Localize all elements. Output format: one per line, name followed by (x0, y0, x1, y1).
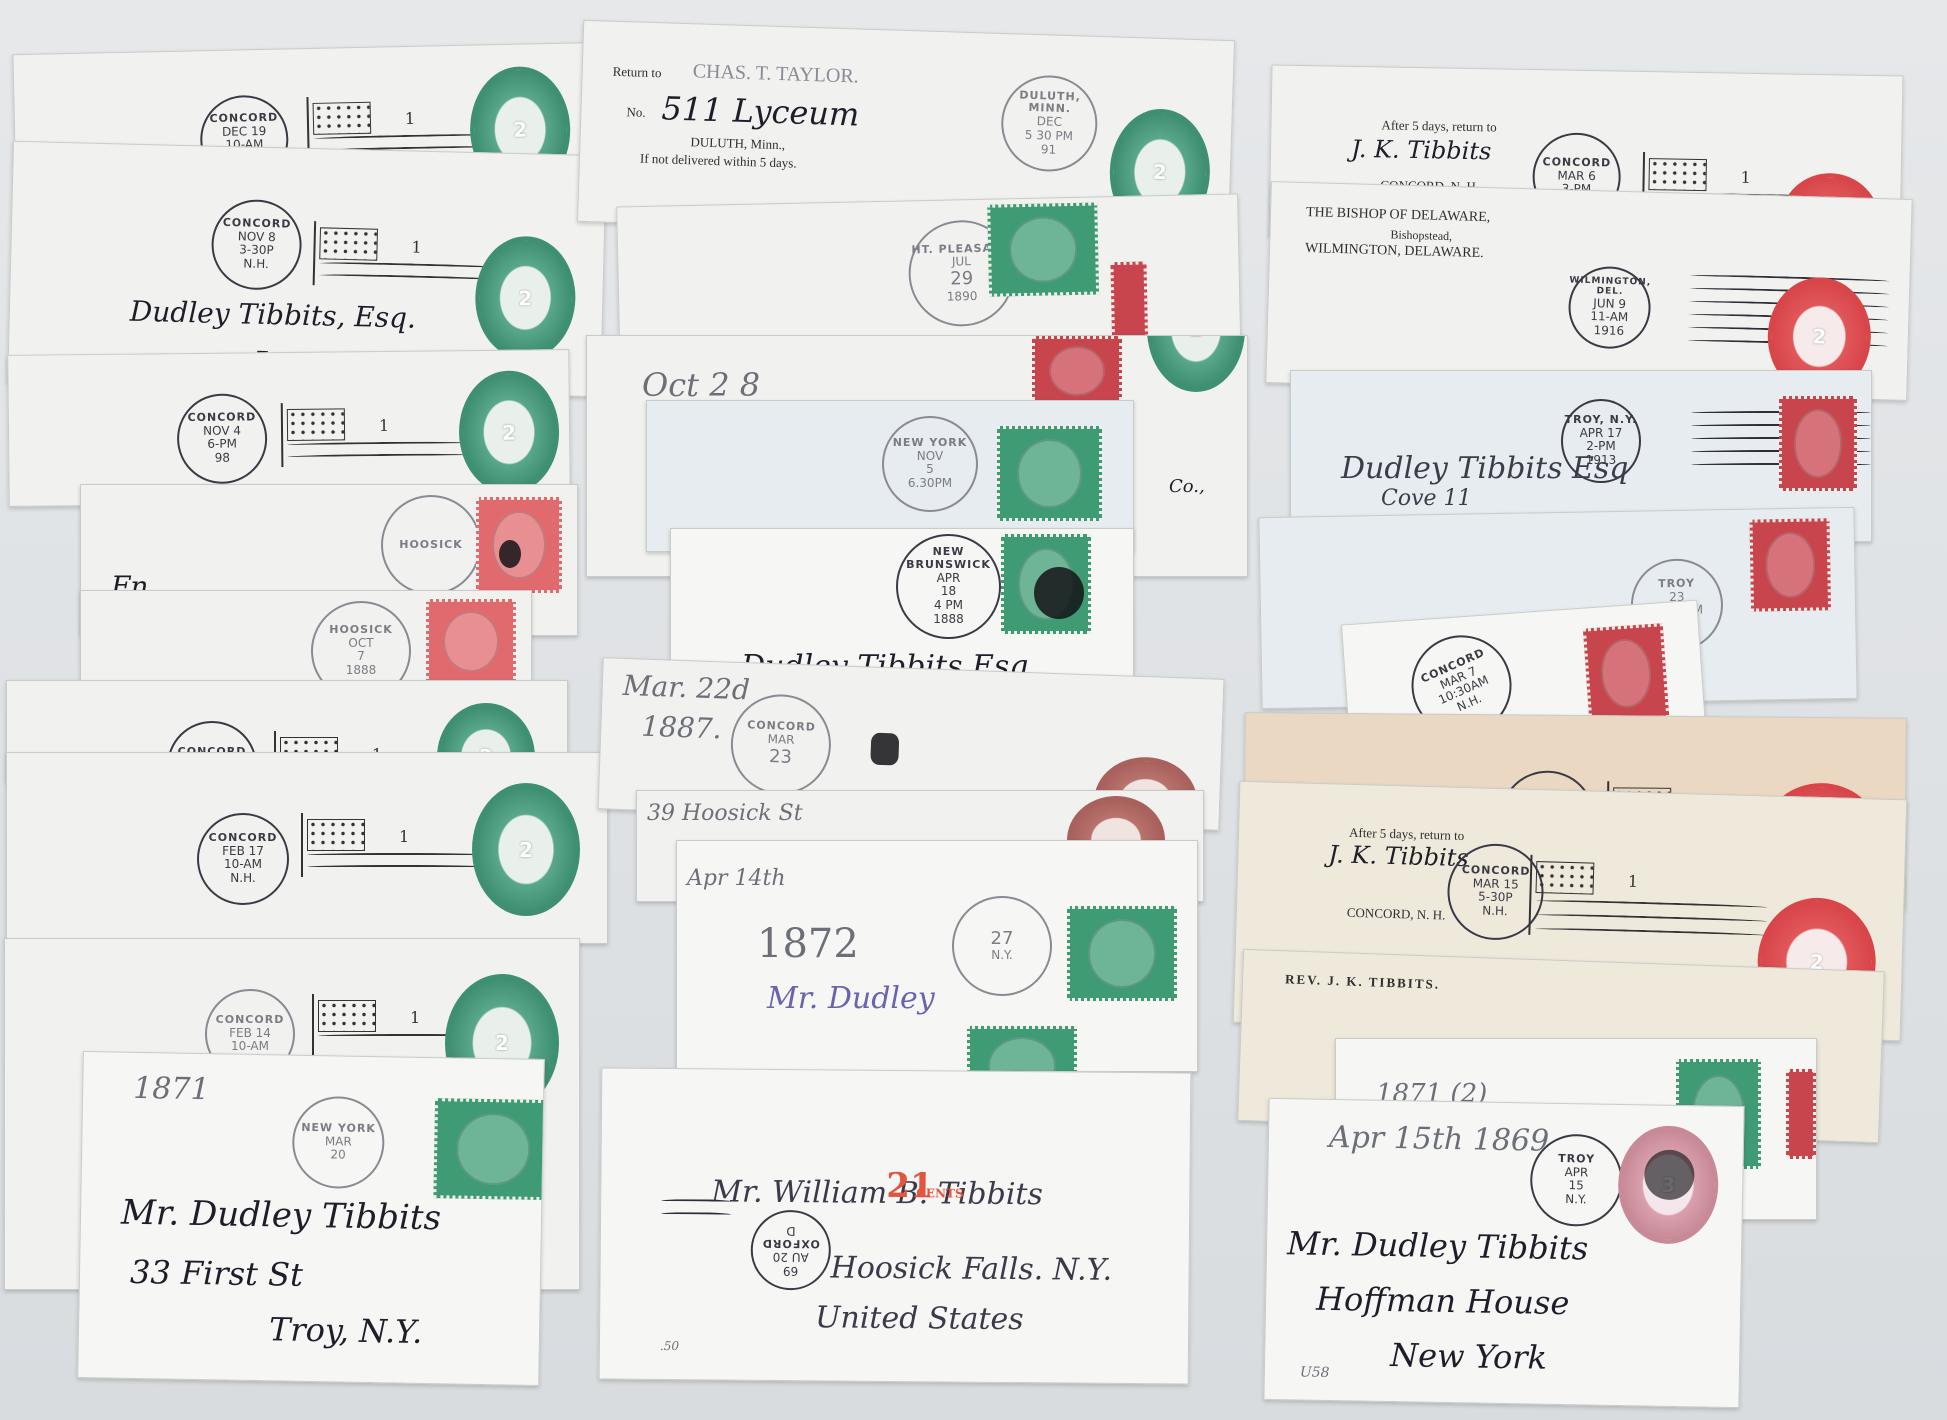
stamp-icon (1001, 534, 1091, 634)
envelope-william-tibbits-oxford: Mr. William B. Tibbits 21 CENTS 69 AU 20… (599, 1067, 1192, 1384)
stamp-icon (433, 1098, 544, 1200)
sender-line-1: THE BISHOP OF DELAWARE, (1306, 205, 1491, 226)
envelope-dudley-troy-1871: 1871 NEW YORK MAR 20 Mr. Dudley Tibbits … (77, 1051, 545, 1386)
handwritten-street: 511 Lyceum (661, 89, 860, 133)
handwritten-address: Dudley Tibbits Esq (1341, 451, 1629, 486)
stamp-icon (476, 497, 562, 593)
handwritten-address: Mr. Dudley (767, 981, 935, 1016)
ink-blot (870, 733, 899, 766)
postmark: WILMINGTON, DEL. JUN 9 11-AM 1916 (1567, 265, 1651, 349)
handwritten-return: J. K. Tibbits (1351, 135, 1492, 165)
stamp-icon (1786, 1069, 1816, 1159)
indicia-stamp-icon: 2 (472, 783, 580, 916)
due-marking-label: CENTS (916, 1186, 963, 1200)
barred-cancel (661, 1199, 732, 1270)
stamp-icon (1032, 336, 1122, 406)
address-line-3: Troy, N.Y. (269, 1310, 423, 1351)
handwritten-date: Mar. 22d (622, 669, 750, 706)
stamp-icon (1749, 518, 1831, 611)
stamp-icon (997, 426, 1102, 521)
handwritten-address: Dudley Tibbits, Esq. (130, 295, 417, 335)
indicia-stamp-icon: 2 (474, 235, 577, 360)
stamp-icon (1779, 396, 1857, 491)
handwritten-date: Apr 15th 1869 (1329, 1120, 1550, 1159)
pencil-note: U58 (1300, 1364, 1330, 1381)
flag-cancel: 1 (279, 401, 470, 467)
postmark: NEW YORK NOV 5 6.30PM (882, 416, 978, 512)
postmark: TROY APR 15 N.Y. (1529, 1133, 1623, 1227)
envelope-bishop-of-delaware: THE BISHOP OF DELAWARE, Bishopstead, WIL… (1265, 181, 1912, 401)
stamp-icon (1583, 623, 1669, 723)
handwritten-note: Oct 2 8 (642, 366, 760, 404)
address-line-3: New York (1390, 1336, 1547, 1377)
indicia-stamp-icon: 2 (1147, 335, 1245, 392)
flag-cancel: 1 (1526, 855, 1768, 942)
indicia-stamp-icon: 2 (458, 370, 559, 494)
instruction-line: If not delivered within 5 days. (640, 151, 797, 172)
postmark: HOOSICK (381, 495, 481, 595)
envelope-1872: Apr 14th 1872 Mr. Dudley 27 N.Y. (676, 840, 1198, 1072)
sender-line-3: WILMINGTON, DELAWARE. (1305, 241, 1484, 262)
flag-cancel: 1 (299, 813, 489, 877)
return-name: CHAS. T. TAYLOR. (692, 60, 859, 88)
postmark: 27 N.Y. (952, 896, 1052, 996)
indicia-stamp-icon: 3 (1617, 1125, 1719, 1245)
postmark: HOOSICK OCT 7 1888 (311, 601, 411, 692)
address-line-3: United States (815, 1300, 1024, 1337)
postmark: NEW BRUNSWICK APR 18 4 PM 1888 (896, 534, 1001, 639)
handwritten-year-note: 1871 (133, 1071, 210, 1107)
stamp-icon (987, 202, 1099, 296)
handwritten-year: 1887. (641, 710, 722, 746)
handwritten-return: J. K. Tibbits (1328, 840, 1469, 872)
address-line-1: Mr. Dudley Tibbits (121, 1193, 442, 1239)
address-line-2: Hoosick Falls. N.Y. (830, 1250, 1112, 1287)
postmark: CONCORD NOV 8 3-30P N.H. (210, 199, 302, 291)
sender-line-2: Bishopstead, (1390, 227, 1452, 244)
postmark: CONCORD FEB 17 10-AM N.H. (197, 813, 289, 905)
return-label: After 5 days, return to (1381, 117, 1496, 135)
address-line-1: Mr. William B. Tibbits (711, 1174, 1043, 1212)
city-line: DULUTH, Minn., (690, 134, 785, 153)
handwritten-note: Co., (1169, 476, 1205, 497)
address-line-2: 33 First St (130, 1253, 303, 1294)
envelope-hoosick-2: HOOSICK OCT 7 1888 (80, 590, 532, 692)
envelope-concord-feb17: CONCORD FEB 17 10-AM N.H. 1 2 (6, 752, 608, 944)
stamp-icon (967, 1026, 1077, 1072)
handwritten-note: 39 Hoosick St (647, 801, 803, 826)
return-city: CONCORD, N. H. (1347, 905, 1446, 924)
stamp-icon (426, 599, 516, 684)
envelope-hoffman-house-1869: Apr 15th 1869 TROY APR 15 N.Y. 3 Mr. Dud… (1263, 1098, 1744, 1408)
postmark: CONCORD MAR 23 (729, 693, 832, 796)
handwritten-line: Cove 11 (1381, 486, 1472, 511)
return-label: Return to (612, 64, 661, 82)
postmark: DULUTH, MINN. DEC 5 30 PM 91 (1000, 74, 1099, 173)
postmark: CONCORD NOV 4 6-PM 98 (177, 393, 268, 484)
flag-cancel: 1 (311, 221, 503, 290)
handwritten-year: 1872 (757, 921, 859, 967)
printed-sender: REV. J. K. TIBBITS. (1285, 971, 1440, 992)
stamp-icon (1067, 906, 1177, 1001)
pencil-note: .50 (660, 1339, 679, 1353)
address-line-1: Mr. Dudley Tibbits (1287, 1224, 1589, 1267)
postmark: NEW YORK MAR 20 (292, 1096, 386, 1190)
number-label: No. (626, 104, 646, 121)
address-line-2: Hoffman House (1316, 1280, 1570, 1322)
handwritten-note: Apr 14th (687, 866, 785, 891)
postmark: 69 AU 20 OXFORD D (750, 1210, 831, 1291)
